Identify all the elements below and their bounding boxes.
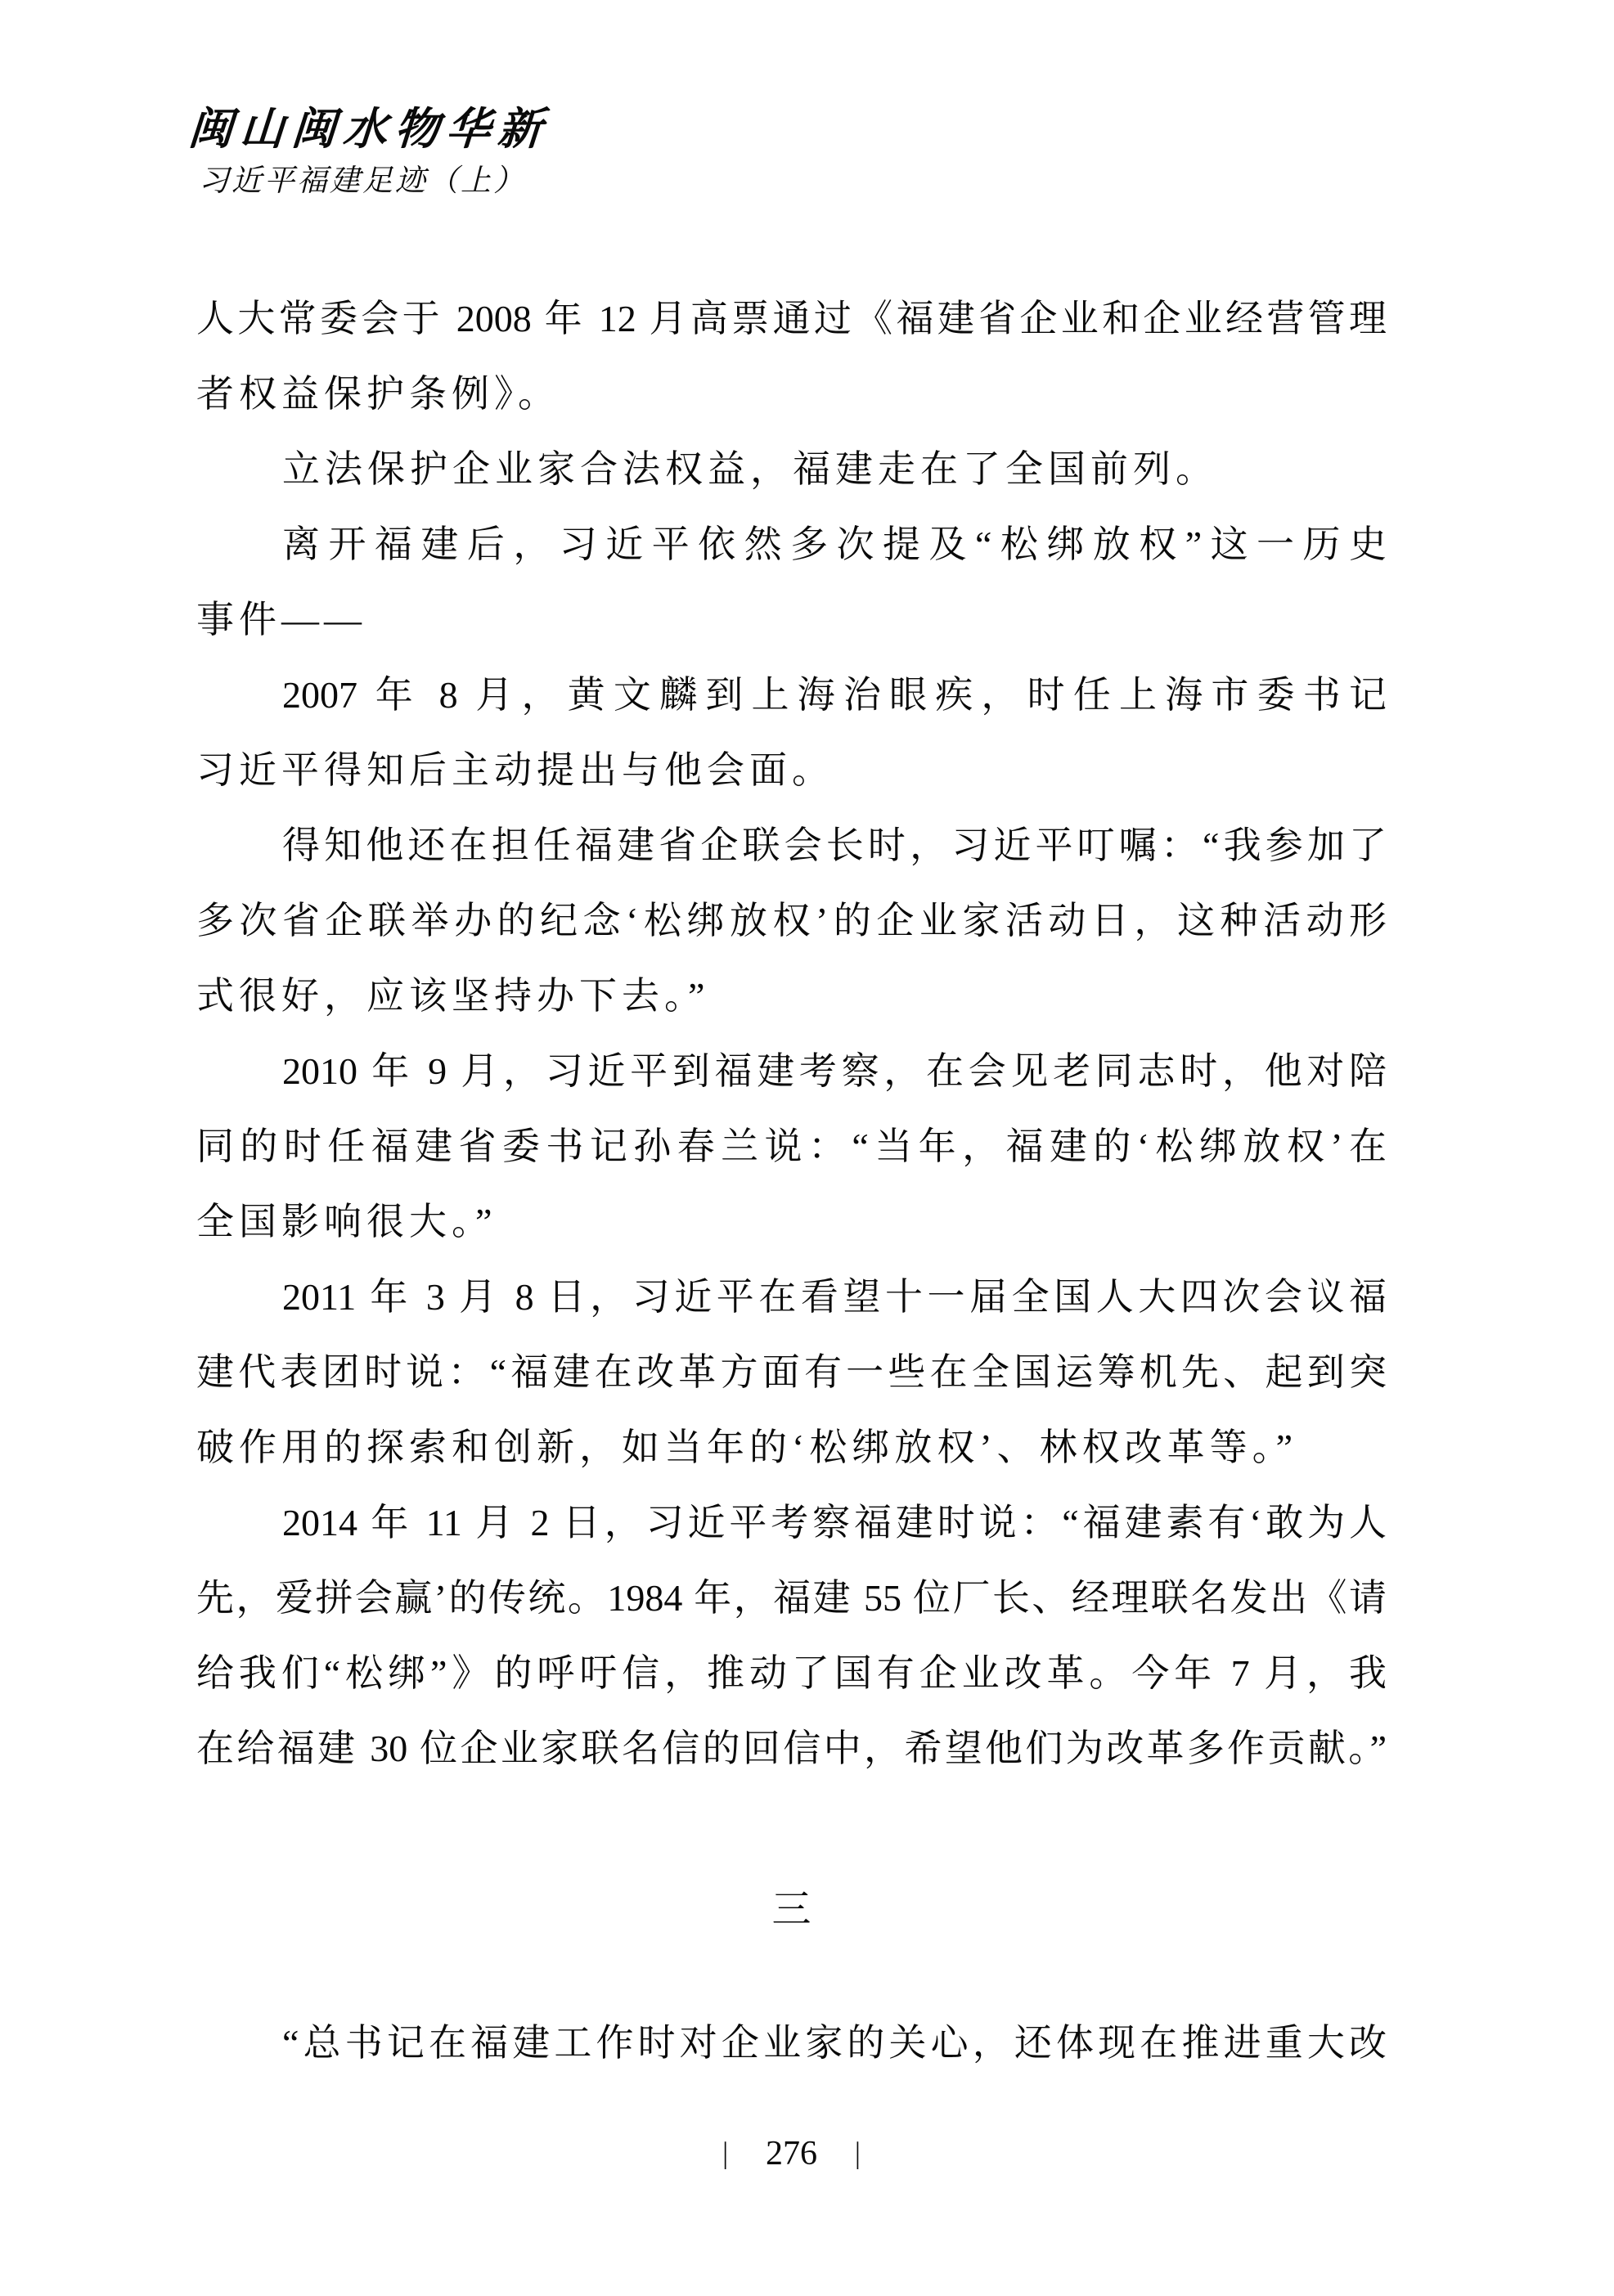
book-page: 闽山闽水物华新 习近平福建足迹（上） 人大常委会于 2008 年 12 月高票通… [0,0,1614,2296]
section-heading: 三 [196,1872,1387,1948]
text-line: 破作用的探索和创新，如当年的‘松绑放权’、林权改革等。” [196,1410,1387,1485]
book-title: 习近平福建足迹（上） [199,162,526,201]
text-line: 者权益保护条例》。 [196,357,1387,432]
text-line: 2007 年 8 月，黄文麟到上海治眼疾，时任上海市委书记 [196,658,1387,733]
page-number: 276 [766,2133,817,2174]
text-line: 2014 年 11 月 2 日，习近平考察福建时说：“福建素有‘敢为人 [196,1485,1387,1561]
text-line: 同的时任福建省委书记孙春兰说：“当年，福建的‘松绑放权’在 [196,1109,1387,1184]
text-line: 给我们“松绑”》的呼吁信，推动了国有企业改革。今年 7 月，我 [196,1636,1387,1711]
text-line: 建代表团时说：“福建在改革方面有一些在全国运筹机先、起到突 [196,1335,1387,1410]
text-line: 式很好，应该坚持办下去。” [196,959,1387,1034]
text-line: 离开福建后，习近平依然多次提及“松绑放权”这一历史 [196,507,1387,582]
body-text: 人大常委会于 2008 年 12 月高票通过《福建省企业和企业经营管理者权益保护… [196,281,1387,1786]
page-footer: | 276 | [196,2133,1387,2174]
text-line: 全国影响很大。” [196,1184,1387,1260]
book-series-calligraphy-title: 闽山闽水物华新 [187,101,551,157]
footer-separator-right: | [855,2132,861,2177]
text-line: “总书记在福建工作时对企业家的关心，还体现在推进重大改 [196,2006,1387,2081]
text-line: 事件—— [196,582,1387,658]
text-line: 得知他还在担任福建省企联会长时，习近平叮嘱：“我参加了 [196,808,1387,883]
text-line: 2010 年 9 月，习近平到福建考察，在会见老同志时，他对陪 [196,1034,1387,1109]
text-line: 2011 年 3 月 8 日，习近平在看望十一届全国人大四次会议福 [196,1260,1387,1335]
text-line: 先，爱拼会赢’的传统。1984 年，福建 55 位厂长、经理联名发出《请 [196,1561,1387,1636]
closing-paragraph: “总书记在福建工作时对企业家的关心，还体现在推进重大改 [196,2006,1387,2081]
text-line: 在给福建 30 位企业家联名信的回信中，希望他们为改革多作贡献。” [196,1711,1387,1786]
footer-separator-left: | [722,2132,728,2177]
text-line: 立法保护企业家合法权益，福建走在了全国前列。 [196,432,1387,507]
text-line: 多次省企联举办的纪念‘松绑放权’的企业家活动日，这种活动形 [196,883,1387,959]
text-line: 习近平得知后主动提出与他会面。 [196,733,1387,808]
text-line: 人大常委会于 2008 年 12 月高票通过《福建省企业和企业经营管理 [196,281,1387,357]
